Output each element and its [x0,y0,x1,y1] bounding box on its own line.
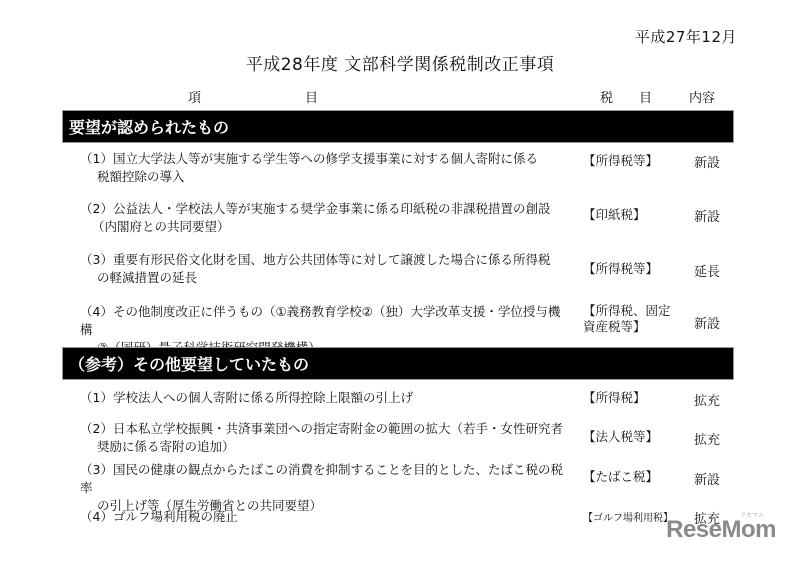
document-date: 平成27年12月 [635,26,737,47]
row-text-line1: （1）国立大学法人等が実施する学生等への修学支援事業に対する個人寄附に係る [80,150,570,168]
table-row: （1）学校法人への個人寄附に係る所得控除上限額の引上げ [80,389,570,407]
tax-category: 【たばこ税】 [583,469,683,485]
document-title: 平成28年度 文部科学関係税制改正事項 [0,50,800,75]
tax-category: 【所得税、固定 資産税等】 [583,303,683,335]
row-text-line1: （3）国民の健康の観点からたばこの消費を抑制することを目的とした、たばこ税の税率 [80,461,570,497]
column-header-content: 内容 [689,87,715,106]
table-row: （3）重要有形民俗文化財を国、地方公共団体等に対して譲渡した場合に係る所得税 の… [80,251,570,287]
row-text-line1: （3）重要有形民俗文化財を国、地方公共団体等に対して譲渡した場合に係る所得税 [80,251,570,269]
tax-category: 【法人税等】 [583,429,683,445]
content-type: 拡充 [694,390,720,409]
column-header-tax: 税 目 [600,87,652,106]
row-text-line2: 奨励に係る寄附の追加） [80,438,570,456]
content-type: 延長 [694,261,720,280]
row-text-line1: （4）その他制度改正に伴うもの（①義務教育学校②（独）大学改革支援・学位授与機構 [80,303,570,339]
tax-category: 【所得税】 [583,390,683,406]
content-type: 新設 [694,152,720,171]
column-header-item-char2: 目 [305,87,318,106]
table-row: （2）公益法人・学校法人等が実施する奨学金事業に係る印紙税の非課税措置の創設 （… [80,200,570,236]
column-header-tax-char1: 税 [600,87,613,106]
column-header-item-char1: 項 [188,87,201,106]
column-header-tax-char2: 目 [639,87,652,106]
table-row: （1）国立大学法人等が実施する学生等への修学支援事業に対する個人寄附に係る 税額… [80,150,570,186]
row-text-line1: （2）日本私立学校振興・共済事業団への指定寄附金の範囲の拡大（若手・女性研究者 [80,420,570,438]
row-text-line1: （1）学校法人への個人寄附に係る所得控除上限額の引上げ [80,389,570,407]
row-text-line1: （2）公益法人・学校法人等が実施する奨学金事業に係る印紙税の非課税措置の創設 [80,200,570,218]
section-heading-reference: （参考）その他要望していたもの [62,347,734,380]
tax-category: 【印紙税】 [583,207,683,223]
content-type: 新設 [694,469,720,488]
column-header-item: 項 目 [188,87,318,106]
row-text-line1: （4）ゴルフ場利用税の廃止 [80,508,570,526]
content-type: 拡充 [694,429,720,448]
table-row: （2）日本私立学校振興・共済事業団への指定寄附金の範囲の拡大（若手・女性研究者 … [80,420,570,456]
section-heading-approved: 要望が認められたもの [62,110,734,143]
content-type: 新設 [694,313,720,332]
table-row: （3）国民の健康の観点からたばこの消費を抑制することを目的とした、たばこ税の税率… [80,461,570,515]
row-text-line2: の軽減措置の延長 [80,269,570,287]
tax-category: 【所得税等】 [583,153,683,169]
row-text-line2: （内閣府との共同要望） [80,218,570,236]
content-type: 新設 [694,206,720,225]
tax-category-line1: 【所得税、固定 [583,303,683,319]
tax-category-line2: 資産税等】 [583,319,683,335]
row-text-line2: 税額控除の導入 [80,168,570,186]
resemom-logo: ReseMom [666,516,776,544]
table-row: （4）ゴルフ場利用税の廃止 [80,508,570,526]
tax-category: 【所得税等】 [583,261,683,277]
